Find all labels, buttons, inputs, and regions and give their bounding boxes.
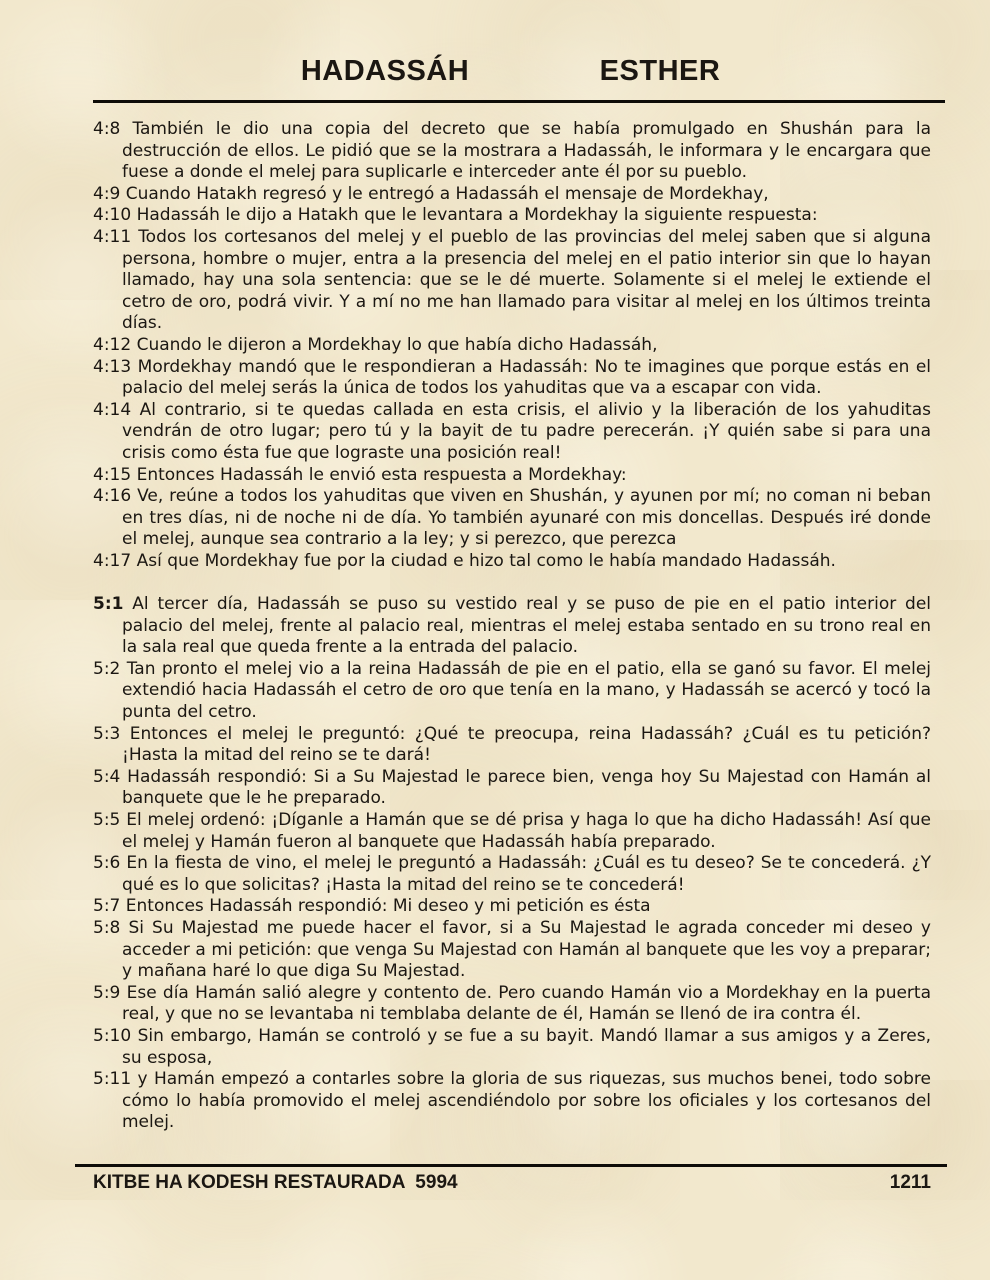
verse-paragraph: 4:15 Entonces Hadassáh le envió esta res… [93,465,931,487]
verse-ref: 5:2 [93,659,120,679]
verse-ref: 4:10 [93,205,131,225]
verse-ref: 4:16 [93,486,131,506]
verse-text: Si Su Majestad me puede hacer el favor, … [122,918,931,981]
verse-text: En la fiesta de vino, el melej le pregun… [122,853,931,895]
header-divider [93,100,945,103]
verse-paragraph: 4:17 Así que Mordekhay fue por la ciudad… [93,551,931,573]
verse-text: También le dio una copia del decreto que… [122,119,931,182]
verse-text: Al tercer día, Hadassáh se puso su vesti… [122,594,931,657]
verse-ref: 4:9 [93,184,120,204]
verse-paragraph: 5:4 Hadassáh respondió: Si a Su Majestad… [93,767,931,810]
verse-ref: 5:3 [93,724,120,744]
verse-text: Entonces Hadassáh le envió esta respuest… [137,465,627,485]
verse-ref: 4:11 [93,227,131,247]
verse-text: Todos los cortesanos del melej y el pueb… [122,227,931,333]
verse-paragraph: 4:8 También le dio una copia del decreto… [93,119,931,184]
verse-paragraph: 5:10 Sin embargo, Hamán se controló y se… [93,1026,931,1069]
verse-text: El melej ordenó: ¡Díganle a Hamán que se… [122,810,931,852]
verse-paragraph: 4:16 Ve, reúne a todos los yahuditas que… [93,486,931,551]
verse-paragraph: 4:10 Hadassáh le dijo a Hatakh que le le… [93,205,931,227]
verse-text: Entonces Hadassáh respondió: Mi deseo y … [126,896,651,916]
verse-paragraph: 4:11 Todos los cortesanos del melej y el… [93,227,931,335]
verse-paragraph: 4:14 Al contrario, si te quedas callada … [93,400,931,465]
verse-paragraph: 5:6 En la fiesta de vino, el melej le pr… [93,853,931,896]
verse-ref: 5:8 [93,918,120,938]
verse-ref: 4:12 [93,335,131,355]
verse-ref: 5:11 [93,1069,131,1089]
verse-text: Ese día Hamán salió alegre y contento de… [122,983,931,1025]
page-number: 1211 [890,1171,947,1195]
verse-ref: 5:1 [93,594,123,614]
verse-text: Entonces el melej le preguntó: ¿Qué te p… [122,724,931,766]
verse-ref: 5:5 [93,810,120,830]
verse-paragraph: 5:3 Entonces el melej le preguntó: ¿Qué … [93,724,931,767]
verse-ref: 5:9 [93,983,120,1003]
verse-text: Así que Mordekhay fue por la ciudad e hi… [137,551,836,571]
verse-text: Cuando le dijeron a Mordekhay lo que hab… [137,335,658,355]
verse-ref: 5:4 [93,767,120,787]
verse-paragraph: 4:9 Cuando Hatakh regresó y le entregó a… [93,184,931,206]
verse-text: Tan pronto el melej vio a la reina Hadas… [122,659,931,722]
verse-text: Ve, reúne a todos los yahuditas que vive… [122,486,931,549]
footer-divider [75,1164,947,1167]
verse-list: 4:8 También le dio una copia del decreto… [93,119,931,1134]
verse-ref: 4:14 [93,400,131,420]
verse-text: Mordekhay mandó que le respondieran a Ha… [122,357,931,399]
page-title-english: ESTHER [520,55,800,87]
verse-ref: 4:15 [93,465,131,485]
verse-text: Al contrario, si te quedas callada en es… [122,400,931,463]
verse-paragraph: 5:7 Entonces Hadassáh respondió: Mi dese… [93,896,931,918]
verse-text: y Hamán empezó a contarles sobre la glor… [122,1069,931,1132]
verse-paragraph: 5:11 y Hamán empezó a contarles sobre la… [93,1069,931,1134]
verse-paragraph: 4:12 Cuando le dijeron a Mordekhay lo qu… [93,335,931,357]
verse-ref: 4:13 [93,357,131,377]
verse-text: Cuando Hatakh regresó y le entregó a Had… [126,184,769,204]
verse-paragraph: 5:1 Al tercer día, Hadassáh se puso su v… [93,594,931,659]
page-title-hebrew: HADASSÁH [240,55,530,87]
verse-paragraph: 5:9 Ese día Hamán salió alegre y content… [93,983,931,1026]
verse-paragraph: 4:13 Mordekhay mandó que le respondieran… [93,357,931,400]
verse-ref: 5:6 [93,853,120,873]
verse-paragraph: 5:8 Si Su Majestad me puede hacer el fav… [93,918,931,983]
document-page: HADASSÁH ESTHER 4:8 También le dio una c… [0,0,990,1280]
verse-ref: 5:7 [93,896,120,916]
verse-ref: 4:8 [93,119,120,139]
verse-text: Hadassáh le dijo a Hatakh que le levanta… [137,205,818,225]
verse-paragraph: 5:2 Tan pronto el melej vio a la reina H… [93,659,931,724]
footer-book-title: KITBE HA KODESH RESTAURADA 5994 [75,1171,458,1195]
verse-ref: 5:10 [93,1026,131,1046]
verse-paragraph: 5:5 El melej ordenó: ¡Díganle a Hamán qu… [93,810,931,853]
verse-ref: 4:17 [93,551,131,571]
verse-text: Sin embargo, Hamán se controló y se fue … [122,1026,931,1068]
page-footer: KITBE HA KODESH RESTAURADA 5994 1211 [75,1171,947,1195]
verse-text: Hadassáh respondió: Si a Su Majestad le … [122,767,931,809]
